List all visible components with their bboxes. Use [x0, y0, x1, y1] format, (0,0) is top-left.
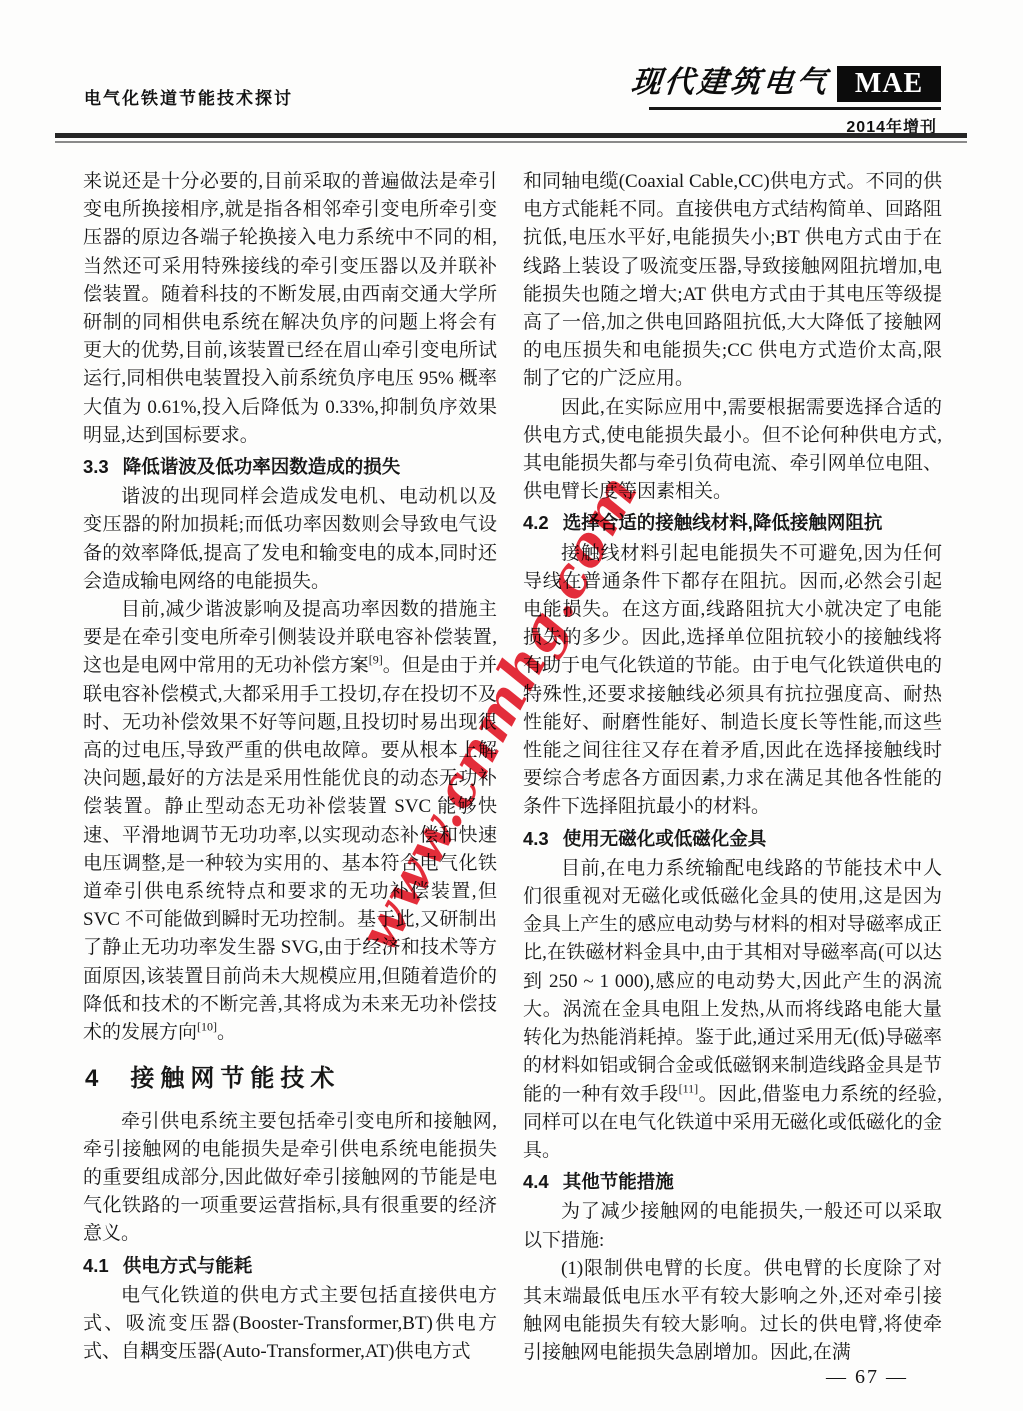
journal-masthead: 现代建筑电气 MAE — [631, 66, 941, 102]
journal-name: 现代建筑电气 — [629, 68, 831, 102]
paragraph: 谐波的出现同样会造成发电机、电动机以及变压器的附加损耗;而低功率因数则会导致电气… — [83, 483, 497, 596]
paragraph: 目前,在电力系统输配电线路的节能技术中人们很重视对无磁化或低磁化金具的使用,这是… — [523, 855, 942, 1165]
paragraph: 为了减少接触网的电能损失,一般还可以采取以下措施: — [523, 1198, 942, 1254]
running-title: 电气化铁道节能技术探讨 — [84, 84, 293, 109]
paragraph: 接触线材料引起电能损失不可避免,因为任何导线在普通条件下都存在阻抗。因而,必然会… — [523, 540, 942, 822]
section-number: 3.3 — [83, 453, 109, 481]
paragraph: 牵引供电系统主要包括牵引变电所和接触网,牵引接触网的电能损失是牵引供电系统电能损… — [83, 1108, 497, 1249]
section-title: 选择合适的接触线材料,降低接触网阻抗 — [563, 509, 883, 537]
paragraph-continuation: 来说还是十分必要的,目前采取的普遍做法是牵引变电所换接相序,就是指各相邻牵引变电… — [83, 168, 497, 450]
paragraph: 电气化铁道的供电方式主要包括直接供电方式、吸流变压器(Booster-Trans… — [83, 1282, 497, 1367]
paragraph: 因此,在实际应用中,需要根据需要选择合适的供电方式,使电能损失最小。但不论何种供… — [523, 394, 942, 507]
section-title: 接触网节能技术 — [130, 1065, 340, 1093]
header-rule — [55, 133, 967, 143]
page-number: — 67 — — [826, 1366, 908, 1389]
section-title: 降低谐波及低功率因数造成的损失 — [123, 453, 401, 481]
section-heading-4-4: 4.4 其他节能措施 — [523, 1168, 942, 1196]
left-column: 来说还是十分必要的,目前采取的普遍做法是牵引变电所换接相序,就是指各相邻牵引变电… — [83, 168, 497, 1366]
paragraph: (1)限制供电臂的长度。供电臂的长度除了对其末端最低电压水平有较大影响之外,还对… — [523, 1255, 942, 1368]
masthead-underline — [649, 107, 941, 110]
section-heading-4-3: 4.3 使用无磁化或低磁化金具 — [523, 825, 942, 853]
section-heading-3-3: 3.3 降低谐波及低功率因数造成的损失 — [83, 453, 497, 481]
journal-logo-mae: MAE — [837, 66, 941, 102]
section-number: 4.2 — [523, 509, 549, 537]
section-title: 使用无磁化或低磁化金具 — [563, 825, 767, 853]
section-number: 4.3 — [523, 825, 549, 853]
section-heading-4-1: 4.1 供电方式与能耗 — [83, 1252, 497, 1280]
section-heading-4-2: 4.2 选择合适的接触线材料,降低接触网阻抗 — [523, 509, 942, 537]
section-title: 其他节能措施 — [563, 1168, 674, 1196]
section-number: 4.1 — [83, 1252, 109, 1280]
section-heading-4: 4 接触网节能技术 — [85, 1065, 497, 1093]
section-number: 4 — [85, 1065, 104, 1093]
paragraph-continuation: 和同轴电缆(Coaxial Cable,CC)供电方式。不同的供电方式能耗不同。… — [523, 168, 942, 394]
right-column: 和同轴电缆(Coaxial Cable,CC)供电方式。不同的供电方式能耗不同。… — [523, 168, 942, 1368]
scanned-journal-page: 电气化铁道节能技术探讨 现代建筑电气 MAE 2014年增刊 来说还是十分必要的… — [0, 0, 1023, 1411]
section-title: 供电方式与能耗 — [123, 1252, 253, 1280]
section-number: 4.4 — [523, 1168, 549, 1196]
paragraph: 目前,减少谐波影响及提高功率因数的措施主要是在牵引变电所牵引侧装设并联电容补偿装… — [83, 596, 497, 1047]
